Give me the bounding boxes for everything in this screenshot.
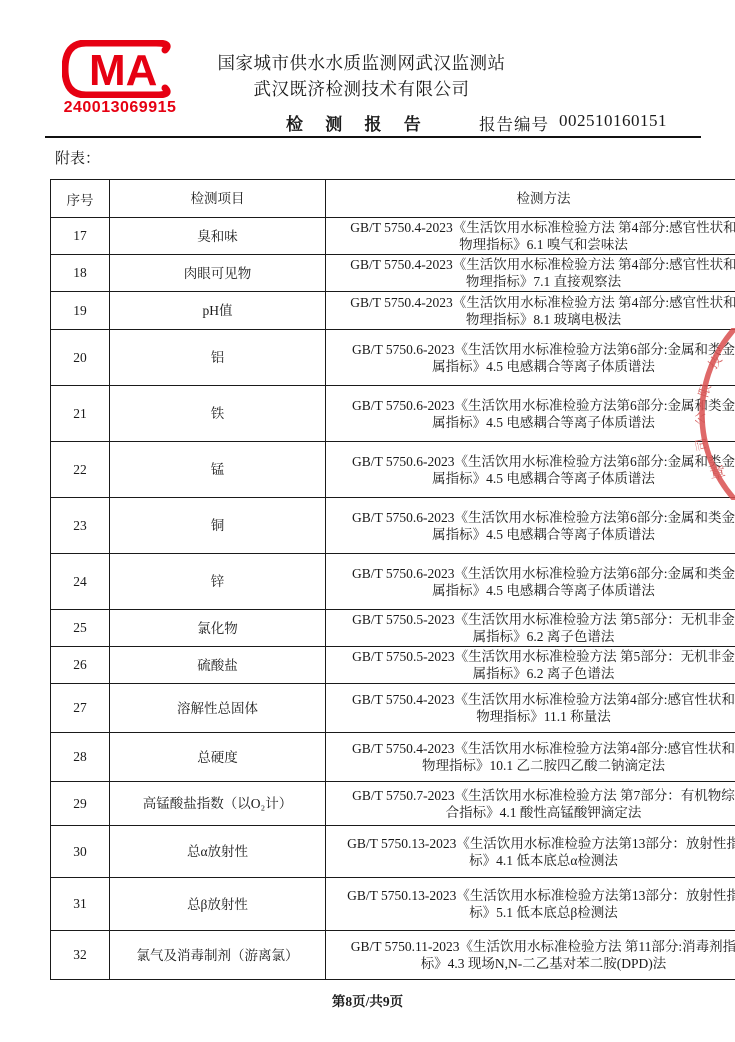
cell-item: 总硬度 [110,733,326,782]
cell-item: 氯化物 [110,610,326,647]
table-row: 32氯气及消毒制剂（游离氯）GB/T 5750.11-2023《生活饮用水标准检… [51,931,735,980]
cell-method: GB/T 5750.4-2023《生活饮用水标准检验方法 第4部分:感官性状和物… [326,218,735,255]
report-no-value: 002510160151 [559,111,667,131]
table-row: 23铜GB/T 5750.6-2023《生活饮用水标准检验方法第6部分:金属和类… [51,498,735,554]
cell-no: 29 [51,782,110,826]
cell-method: GB/T 5750.6-2023《生活饮用水标准检验方法第6部分:金属和类金属指… [326,330,735,386]
cell-no: 24 [51,554,110,610]
table-row: 25氯化物GB/T 5750.5-2023《生活饮用水标准检验方法 第5部分：无… [51,610,735,647]
attachment-label: 附表： [55,147,100,168]
table-row: 18肉眼可见物GB/T 5750.4-2023《生活饮用水标准检验方法 第4部分… [51,255,735,292]
cell-item: 氯气及消毒制剂（游离氯） [110,931,326,980]
seal-char: 限 [696,382,714,399]
table-header-row: 序号 检测项目 检测方法 [51,180,735,218]
header-rule [45,136,701,138]
cma-license-number: 240013069915 [58,99,182,117]
company-seal-partial: 技 限 公 司 章 [695,328,735,500]
cell-item: 硫酸盐 [110,647,326,684]
cell-item: 肉眼可见物 [110,255,326,292]
cell-no: 26 [51,647,110,684]
cell-item: 总α放射性 [110,826,326,878]
cell-item: 铝 [110,330,326,386]
cell-method: GB/T 5750.4-2023《生活饮用水标准检验方法 第4部分:感官性状和物… [326,255,735,292]
table-row: 27溶解性总固体GB/T 5750.4-2023《生活饮用水标准检验方法第4部分… [51,684,735,733]
table-row: 19pH值GB/T 5750.4-2023《生活饮用水标准检验方法 第4部分:感… [51,292,735,330]
table-row: 20铝GB/T 5750.6-2023《生活饮用水标准检验方法第6部分:金属和类… [51,330,735,386]
cell-method: GB/T 5750.4-2023《生活饮用水标准检验方法第4部分:感官性状和物理… [326,684,735,733]
table-row: 24锌GB/T 5750.6-2023《生活饮用水标准检验方法第6部分:金属和类… [51,554,735,610]
cell-no: 23 [51,498,110,554]
cell-item: 铜 [110,498,326,554]
table-row: 31总β放射性GB/T 5750.13-2023《生活饮用水标准检验方法第13部… [51,878,735,931]
cell-method: GB/T 5750.4-2023《生活饮用水标准检验方法 第4部分:感官性状和物… [326,292,735,330]
org-name-line1: 国家城市供水水质监测网武汉监测站 [0,50,723,75]
table-row: 30总α放射性GB/T 5750.13-2023《生活饮用水标准检验方法第13部… [51,826,735,878]
cell-no: 32 [51,931,110,980]
col-header-item: 检测项目 [110,180,326,218]
cell-no: 19 [51,292,110,330]
report-title: 检 测 报 告 [286,110,430,135]
cell-item: 臭和味 [110,218,326,255]
table-row: 22锰GB/T 5750.6-2023《生活饮用水标准检验方法第6部分:金属和类… [51,442,735,498]
seal-char: 公 [695,412,707,426]
cell-item: 溶解性总固体 [110,684,326,733]
cell-item: 总β放射性 [110,878,326,931]
table-body: 17臭和味GB/T 5750.4-2023《生活饮用水标准检验方法 第4部分:感… [51,218,735,980]
report-page: { "colors": { "logo_red": "#e60012", "st… [0,0,735,1042]
cell-no: 22 [51,442,110,498]
cell-method: GB/T 5750.13-2023《生活饮用水标准检验方法第13部分：放射性指标… [326,826,735,878]
page-indicator: 第8页/共9页 [0,990,735,1010]
table-head: 序号 检测项目 检测方法 [51,180,735,218]
cell-method: GB/T 5750.6-2023《生活饮用水标准检验方法第6部分:金属和类金属指… [326,498,735,554]
cell-no: 25 [51,610,110,647]
org-name-line2: 武汉既济检测技术有限公司 [0,76,723,101]
cell-method: GB/T 5750.11-2023《生活饮用水标准检验方法 第11部分:消毒剂指… [326,931,735,980]
table-row: 29高锰酸盐指数（以O₂计）GB/T 5750.7-2023《生活饮用水标准检验… [51,782,735,826]
cell-no: 31 [51,878,110,931]
cell-item: pH值 [110,292,326,330]
cell-method: GB/T 5750.6-2023《生活饮用水标准检验方法第6部分:金属和类金属指… [326,554,735,610]
cell-method: GB/T 5750.7-2023《生活饮用水标准检验方法 第7部分：有机物综合指… [326,782,735,826]
cell-method: GB/T 5750.4-2023《生活饮用水标准检验方法第4部分:感官性状和物理… [326,733,735,782]
cell-method: GB/T 5750.5-2023《生活饮用水标准检验方法 第5部分：无机非金属指… [326,610,735,647]
table-row: 28总硬度GB/T 5750.4-2023《生活饮用水标准检验方法第4部分:感官… [51,733,735,782]
cell-item: 锌 [110,554,326,610]
col-header-no: 序号 [51,180,110,218]
report-no-label: 报告编号 [479,111,549,135]
cell-no: 30 [51,826,110,878]
table-row: 26硫酸盐GB/T 5750.5-2023《生活饮用水标准检验方法 第5部分：无… [51,647,735,684]
cell-no: 17 [51,218,110,255]
cell-method: GB/T 5750.5-2023《生活饮用水标准检验方法 第5部分：无机非金属指… [326,647,735,684]
cell-method: GB/T 5750.6-2023《生活饮用水标准检验方法第6部分:金属和类金属指… [326,442,735,498]
cell-no: 28 [51,733,110,782]
methods-table: 序号 检测项目 检测方法 17臭和味GB/T 5750.4-2023《生活饮用水… [50,179,735,980]
col-header-method: 检测方法 [326,180,735,218]
cell-item: 铁 [110,386,326,442]
cell-no: 21 [51,386,110,442]
table-row: 21铁GB/T 5750.6-2023《生活饮用水标准检验方法第6部分:金属和类… [51,386,735,442]
cell-item: 锰 [110,442,326,498]
cell-item: 高锰酸盐指数（以O₂计） [110,782,326,826]
table-row: 17臭和味GB/T 5750.4-2023《生活饮用水标准检验方法 第4部分:感… [51,218,735,255]
cell-no: 27 [51,684,110,733]
cell-method: GB/T 5750.13-2023《生活饮用水标准检验方法第13部分：放射性指标… [326,878,735,931]
seal-char: 司 [695,437,710,453]
cell-method: GB/T 5750.6-2023《生活饮用水标准检验方法第6部分:金属和类金属指… [326,386,735,442]
cell-no: 20 [51,330,110,386]
cell-no: 18 [51,255,110,292]
